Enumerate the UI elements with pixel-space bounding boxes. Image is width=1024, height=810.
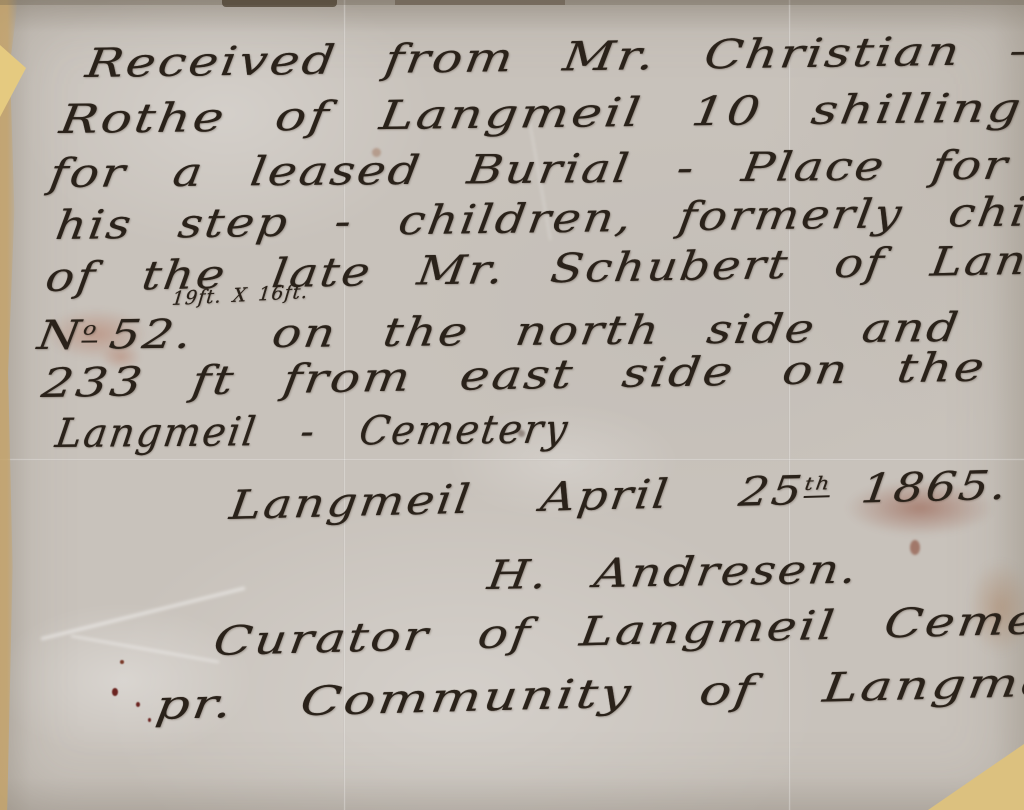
top-left-tan-wedge <box>0 45 26 117</box>
per-community-line: pr. Community of Langmeil <box>153 661 1024 726</box>
bottom-right-tan-corner <box>928 744 1024 810</box>
date-superscript-th: th <box>803 473 833 498</box>
handwritten-line-2: Rothe of Langmeil 10 shilling <box>57 88 1024 140</box>
ink-droplet <box>910 540 920 555</box>
red-speck <box>120 660 124 664</box>
dimension-annotation: 19ft. X 16ft. <box>171 283 309 309</box>
red-speck <box>136 702 140 707</box>
handwritten-line-8: Langmeil - Cemetery <box>53 409 572 454</box>
plot-number: 52. <box>106 312 196 359</box>
signature: H. Andresen. <box>485 549 861 596</box>
role-line: Curator of Langmeil Cemetery <box>211 597 1024 662</box>
handwritten-line-4: his step - children, formerly children <box>53 190 1024 246</box>
handwritten-line-3: for a leased Burial - Place for <box>47 146 1012 194</box>
numero-n: N <box>35 313 86 359</box>
red-speck <box>148 718 151 722</box>
date-place-month-day: Langmeil April 25 <box>227 468 807 529</box>
date-year: 1865. <box>858 463 1011 513</box>
top-edge-dark-mark <box>222 0 337 7</box>
top-edge-dark-mark <box>395 0 565 5</box>
horizontal-fold-line <box>0 458 1024 461</box>
left-torn-edge <box>0 0 18 810</box>
numero-superscript-o: o <box>81 318 100 342</box>
red-speck <box>112 688 118 696</box>
receipt-paper: Received from Mr. Christian — Rothe of L… <box>0 0 1024 810</box>
crease-mark <box>71 635 219 663</box>
handwritten-line-1: Received from Mr. Christian — <box>83 30 1024 84</box>
